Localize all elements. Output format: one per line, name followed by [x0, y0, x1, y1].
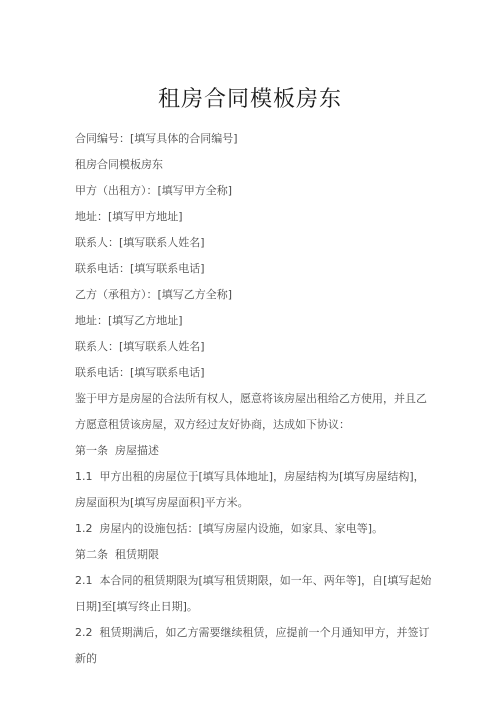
clause-1-1: 1.1 甲方出租的房屋位于[填写具体地址]，房屋结构为[填写房屋结构]，房屋面积…: [75, 464, 435, 516]
party-a-phone: 联系电话：[填写联系电话]: [75, 256, 435, 282]
party-b-contact: 联系人：[填写联系人姓名]: [75, 334, 435, 360]
document-body: 合同编号：[填写具体的合同编号] 租房合同模板房东 甲方（出租方）：[填写甲方全…: [75, 126, 435, 672]
clause-2-2: 2.2 租赁期满后，如乙方需要继续租赁，应提前一个月通知甲方，并签订新的: [75, 620, 435, 672]
article-2-heading: 第二条 租赁期限: [75, 542, 435, 568]
document-page: 租房合同模板房东 合同编号：[填写具体的合同编号] 租房合同模板房东 甲方（出租…: [0, 0, 500, 707]
party-a-address: 地址：[填写甲方地址]: [75, 204, 435, 230]
party-b-phone: 联系电话：[填写联系电话]: [75, 360, 435, 386]
document-title: 租房合同模板房东: [0, 82, 500, 113]
contract-number: 合同编号：[填写具体的合同编号]: [75, 126, 435, 152]
clause-2-1: 2.1 本合同的租赁期限为[填写租赁期限，如一年、两年等]，自[填写起始日期]至…: [75, 568, 435, 620]
subtitle: 租房合同模板房东: [75, 152, 435, 178]
preamble: 鉴于甲方是房屋的合法所有权人，愿意将该房屋出租给乙方使用，并且乙方愿意租赁该房屋…: [75, 386, 435, 438]
party-b-address: 地址：[填写乙方地址]: [75, 308, 435, 334]
party-b-name: 乙方（承租方）：[填写乙方全称]: [75, 282, 435, 308]
article-1-heading: 第一条 房屋描述: [75, 438, 435, 464]
party-a-name: 甲方（出租方）：[填写甲方全称]: [75, 178, 435, 204]
party-a-contact: 联系人：[填写联系人姓名]: [75, 230, 435, 256]
clause-1-2: 1.2 房屋内的设施包括：[填写房屋内设施，如家具、家电等]。: [75, 516, 435, 542]
